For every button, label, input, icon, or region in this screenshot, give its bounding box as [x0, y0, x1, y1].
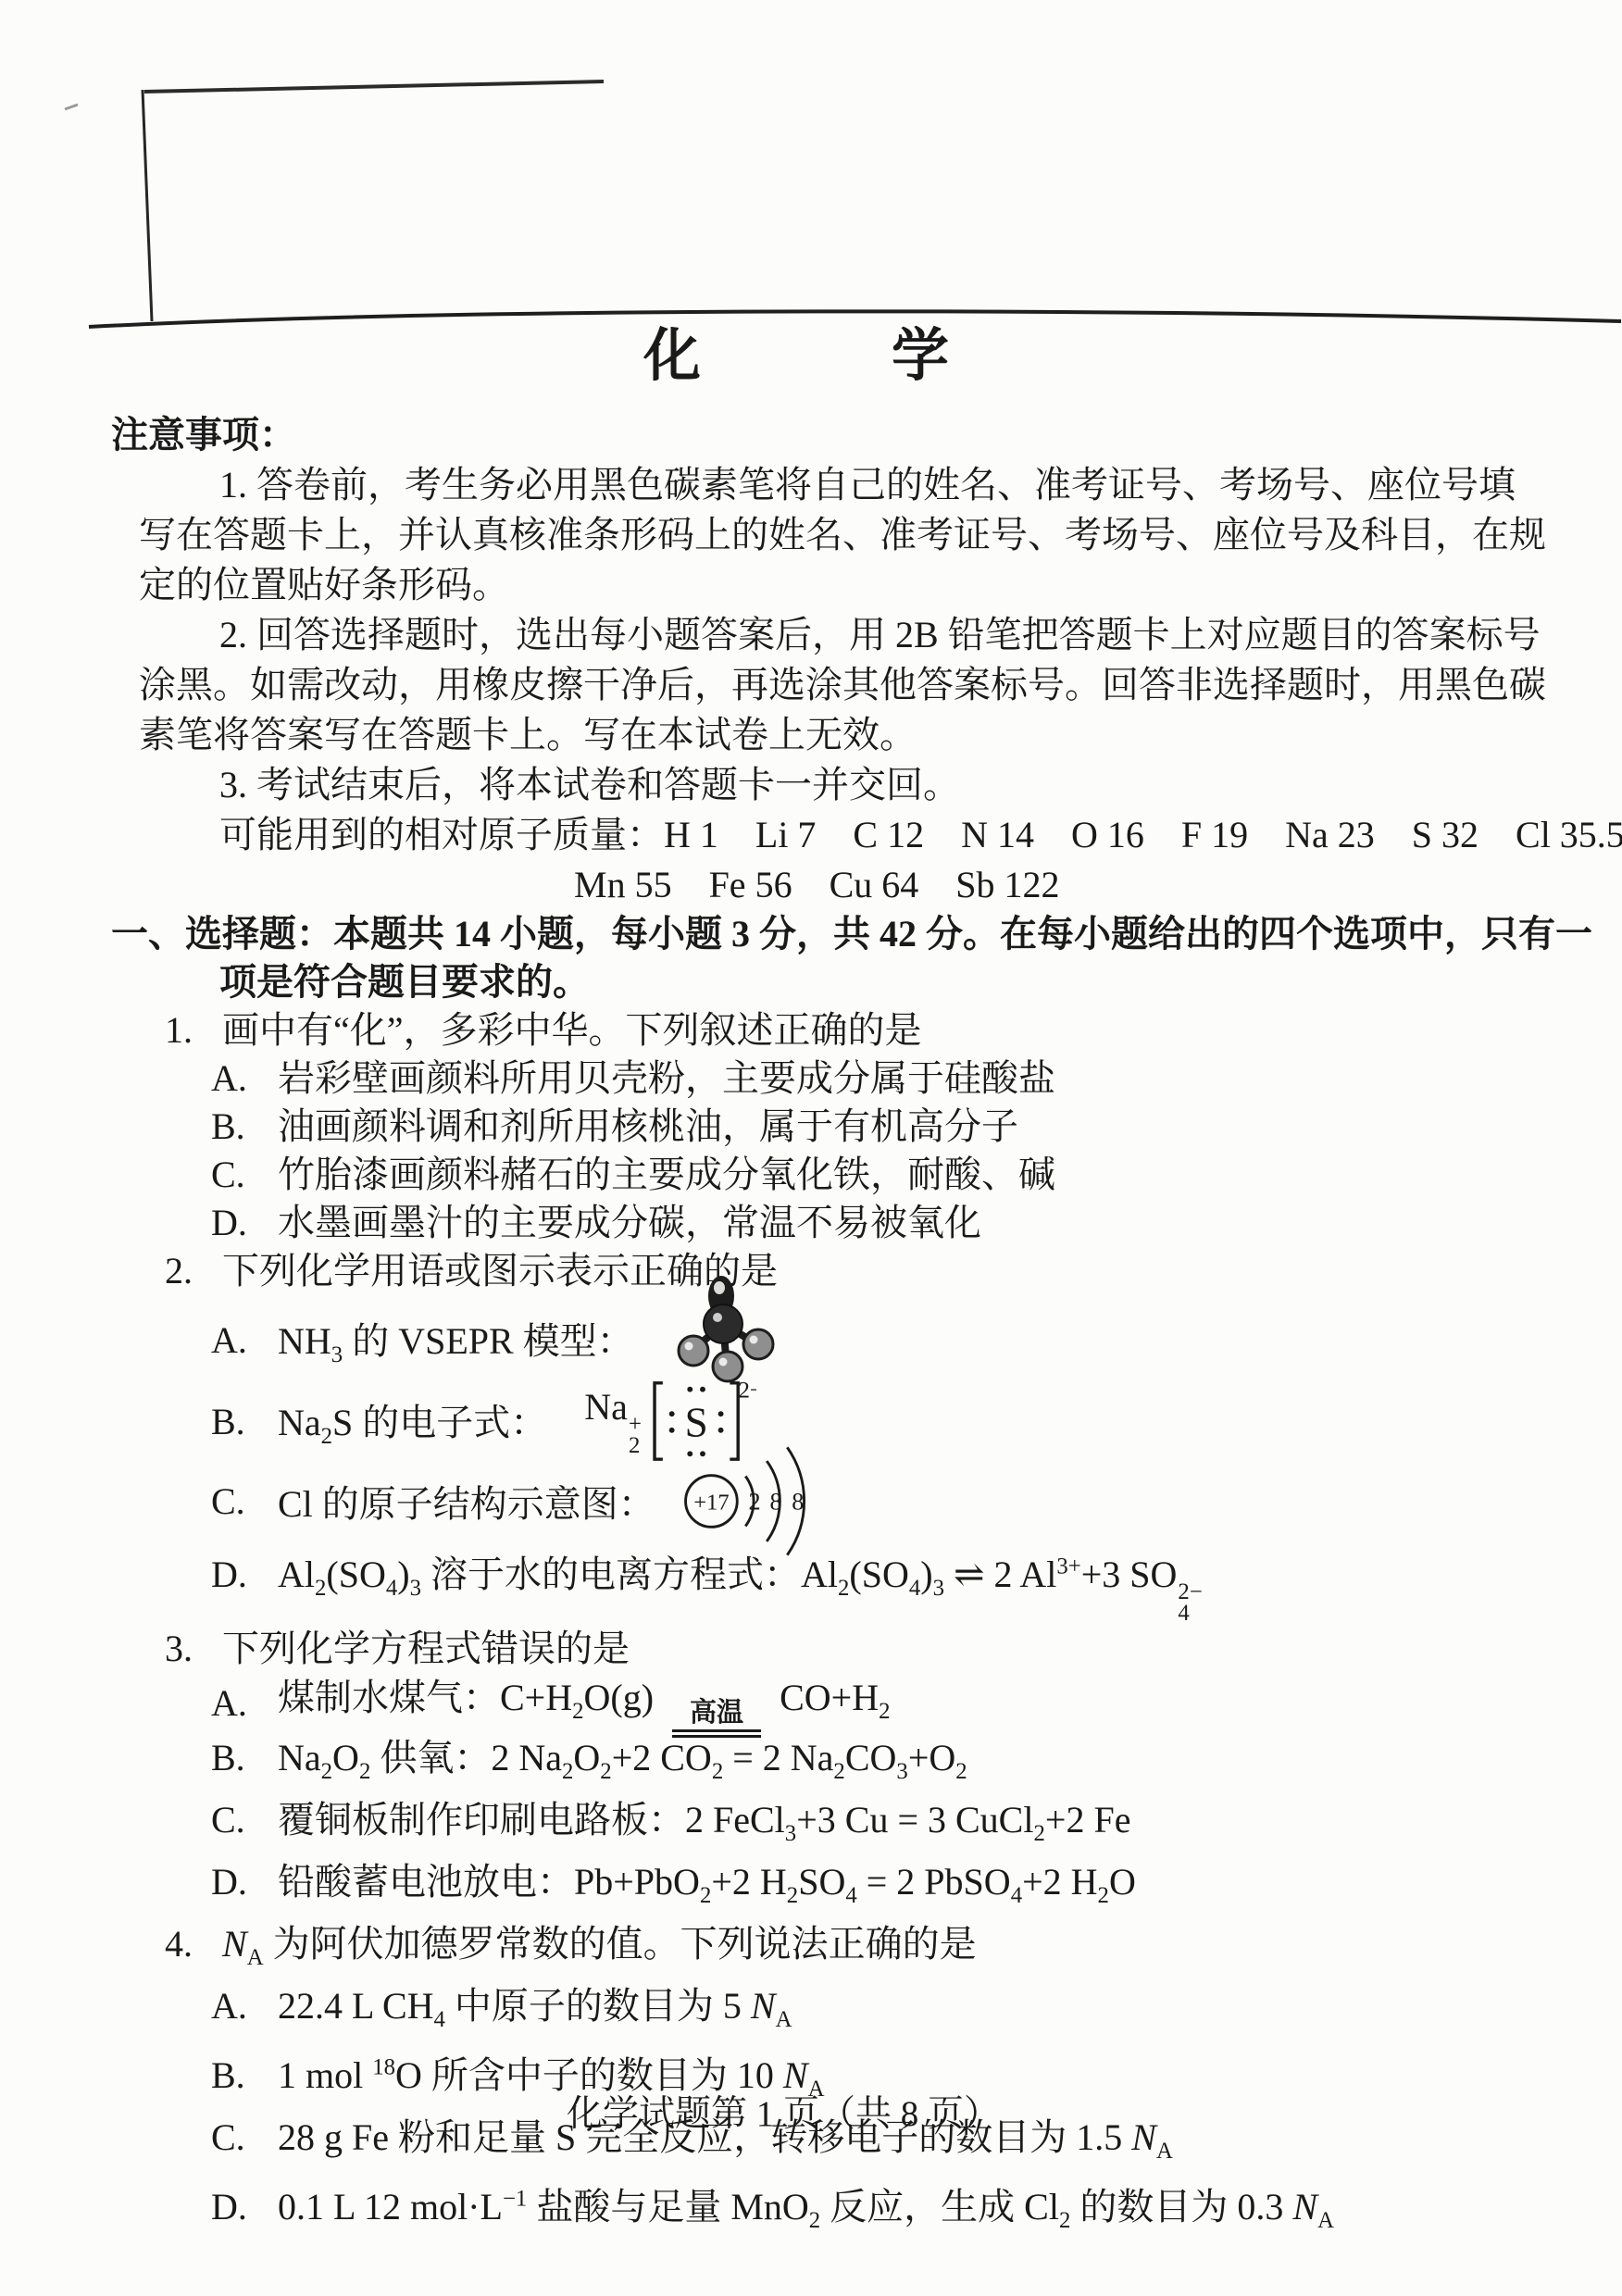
option-label: A. — [211, 1054, 278, 1103]
charge-label: 2− — [738, 1377, 756, 1404]
option-label: C. — [211, 1151, 278, 1199]
question-1-stem: 1.画中有“化”，多彩中华。下列叙述正确的是 — [111, 1006, 1528, 1054]
shell-electron-count: 8 — [792, 1488, 804, 1515]
question-text: NA 为阿伏加德罗常数的值。下列说法正确的是 — [222, 1923, 977, 1965]
option-text: 铅酸蓄电池放电：Pb+PbO2+2 H2SO4 = 2 PbSO4+2 H2O — [278, 1861, 1136, 1903]
question-1-option-d: D.水墨画墨汁的主要成分碳，常温不易被氧化 — [111, 1199, 1528, 1247]
question-number: 4. — [165, 1920, 222, 1968]
option-text: 竹胎漆画颜料赭石的主要成分氧化铁，耐酸、碱 — [278, 1154, 1055, 1195]
question-number: 2. — [165, 1247, 222, 1295]
question-number: 3. — [165, 1625, 222, 1673]
question-2-option-d: D.Al2(SO4)3 溶于水的电离方程式：Al2(SO4)3 ⇌ 2 Al3+… — [111, 1543, 1528, 1625]
question-number: 1. — [165, 1006, 222, 1054]
sodium-ion-part: Na+2 — [584, 1385, 642, 1456]
notice-item1-line3: 定的位置贴好条形码。 — [111, 560, 1528, 610]
exam-body: 注意事项： 1. 答卷前，考生务必用黑色碳素笔将自己的姓名、准考证号、考场号、座… — [111, 410, 1528, 2245]
option-text: 覆铜板制作印刷电路板：2 FeCl3+3 Cu = 3 CuCl2+2 Fe — [278, 1799, 1130, 1841]
option-text: Al2(SO4)3 溶于水的电离方程式：Al2(SO4)3 ⇌ 2 Al3++3… — [278, 1554, 1203, 1595]
atomic-mass-line2: Mn 55 Fe 56 Cu 64 Sb 122 — [111, 860, 1528, 910]
section-heading-line1: 一、选择题：本题共 14 小题，每小题 3 分，共 42 分。在每小题给出的四个… — [111, 910, 1528, 958]
question-2-option-a: A.NH3 的 VSEPR 模型： — [111, 1295, 1528, 1384]
option-text: 水墨画墨汁的主要成分碳，常温不易被氧化 — [278, 1202, 981, 1243]
notice-heading: 注意事项： — [111, 410, 1528, 460]
question-4-option-d: D.0.1 L 12 mol·L−1 盐酸与足量 MnO2 反应，生成 Cl2 … — [111, 2176, 1528, 2245]
cl-atomic-structure-diagram: +17 2 8 8 — [680, 1444, 839, 1558]
question-3-stem: 3.下列化学方程式错误的是 — [111, 1625, 1528, 1673]
option-text: 岩彩壁画颜料所用贝壳粉，主要成分属于硅酸盐 — [278, 1057, 1055, 1099]
option-text: 油画颜料调和剂所用核桃油，属于有机高分子 — [278, 1105, 1018, 1147]
option-label: D. — [211, 1858, 278, 1906]
option-label: A. — [211, 1681, 278, 1725]
nucleus-charge: +17 — [693, 1490, 729, 1515]
nh3-vsepr-model — [666, 1270, 786, 1386]
notice-item2-line2: 涂黑。如需改动，用橡皮擦干净后，再选涂其他答案标号。回答非选择题时，用黑色碳 — [111, 660, 1528, 710]
question-1-option-b: B.油画颜料调和剂所用核桃油，属于有机高分子 — [111, 1103, 1528, 1151]
question-2-stem: 2.下列化学用语或图示表示正确的是 — [111, 1247, 1528, 1295]
option-label: B. — [211, 1400, 278, 1443]
option-text: 0.1 L 12 mol·L−1 盐酸与足量 MnO2 反应，生成 Cl2 的数… — [278, 2186, 1334, 2227]
option-label: B. — [211, 1103, 278, 1151]
option-text: Na2O2 供氧：2 Na2O2+2 CO2 = 2 Na2CO3+O2 — [278, 1737, 967, 1778]
notice-item2-line3: 素笔将答案写在答题卡上。写在本试卷上无效。 — [111, 710, 1528, 760]
exam-title: 化 学 — [0, 309, 1622, 392]
option-text: Na2S 的电子式： — [278, 1393, 547, 1450]
option-label: C. — [211, 1796, 278, 1844]
notice-item2-line1: 2. 回答选择题时，选出每小题答案后，用 2B 铅笔把答题卡上对应题目的答案标号 — [111, 610, 1528, 660]
question-2-option-c: C.Cl 的原子结构示意图： +17 2 8 8 — [111, 1458, 1528, 1543]
sulfur-symbol: S — [685, 1400, 708, 1446]
question-text: 下列化学方程式错误的是 — [222, 1628, 630, 1669]
atomic-mass-line1: 可能用到的相对原子质量：H 1 Li 7 C 12 N 14 O 16 F 19… — [111, 810, 1528, 860]
question-1-option-a: A.岩彩壁画颜料所用贝壳粉，主要成分属于硅酸盐 — [111, 1054, 1528, 1103]
notice-item3-line1: 3. 考试结束后，将本试卷和答题卡一并交回。 — [111, 760, 1528, 810]
question-3-option-d: D.铅酸蓄电池放电：Pb+PbO2+2 H2SO4 = 2 PbSO4+2 H2… — [111, 1858, 1528, 1920]
option-text: 煤制水煤气：C+H2O(g) 高温 CO+H2 — [278, 1668, 890, 1738]
shell-electron-count: 8 — [769, 1488, 781, 1515]
page-footer: 化学试题第 1 页（共 8 页） — [0, 2085, 1594, 2137]
option-label: A. — [211, 1318, 278, 1362]
exam-page: 化 学 注意事项： 1. 答卷前，考生务必用黑色碳素笔将自己的姓名、准考证号、考… — [0, 0, 1622, 2296]
hydrogen-atom — [743, 1329, 773, 1359]
reaction-condition: 高温 — [672, 1700, 761, 1738]
question-1-option-c: C.竹胎漆画颜料赭石的主要成分氧化铁，耐酸、碱 — [111, 1151, 1528, 1199]
shell-electron-count: 2 — [748, 1488, 760, 1515]
question-text: 画中有“化”，多彩中华。下列叙述正确的是 — [222, 1009, 922, 1051]
option-label: B. — [211, 1734, 278, 1782]
option-label: D. — [211, 1551, 278, 1599]
question-3-option-a: A.煤制水煤气：C+H2O(g) 高温 CO+H2 — [111, 1673, 1528, 1734]
scan-left-line — [143, 90, 152, 321]
option-text: Cl 的原子结构示意图： — [278, 1475, 655, 1528]
notice-item1-line1: 1. 答卷前，考生务必用黑色碳素笔将自己的姓名、准考证号、考场号、座位号填 — [111, 460, 1528, 510]
notice-item1-line2: 写在答题卡上，并认真核准条形码上的姓名、准考证号、考场号、座位号及科目，在规 — [111, 510, 1528, 560]
scan-top-line — [144, 81, 604, 92]
question-4-stem: 4.NA 为阿伏加德罗常数的值。下列说法正确的是 — [111, 1920, 1528, 1982]
option-text: NH3 的 VSEPR 模型： — [278, 1312, 634, 1368]
question-3-option-c: C.覆铜板制作印刷电路板：2 FeCl3+3 Cu = 3 CuCl2+2 Fe — [111, 1796, 1528, 1858]
option-label: D. — [211, 1199, 278, 1247]
option-label: A. — [211, 1982, 278, 2030]
option-text: 22.4 L CH4 中原子的数目为 5 NA — [278, 1985, 792, 2027]
scan-speck — [65, 105, 78, 109]
hydrogen-atom — [679, 1336, 708, 1366]
question-4-option-a: A.22.4 L CH4 中原子的数目为 5 NA — [111, 1982, 1528, 2044]
nitrogen-atom — [704, 1304, 742, 1343]
option-label: D. — [211, 2183, 278, 2231]
question-3-option-b: B.Na2O2 供氧：2 Na2O2+2 CO2 = 2 Na2CO3+O2 — [111, 1734, 1528, 1796]
section-heading-line2: 项是符合题目要求的。 — [111, 958, 1528, 1006]
option-label: C. — [211, 1479, 278, 1523]
